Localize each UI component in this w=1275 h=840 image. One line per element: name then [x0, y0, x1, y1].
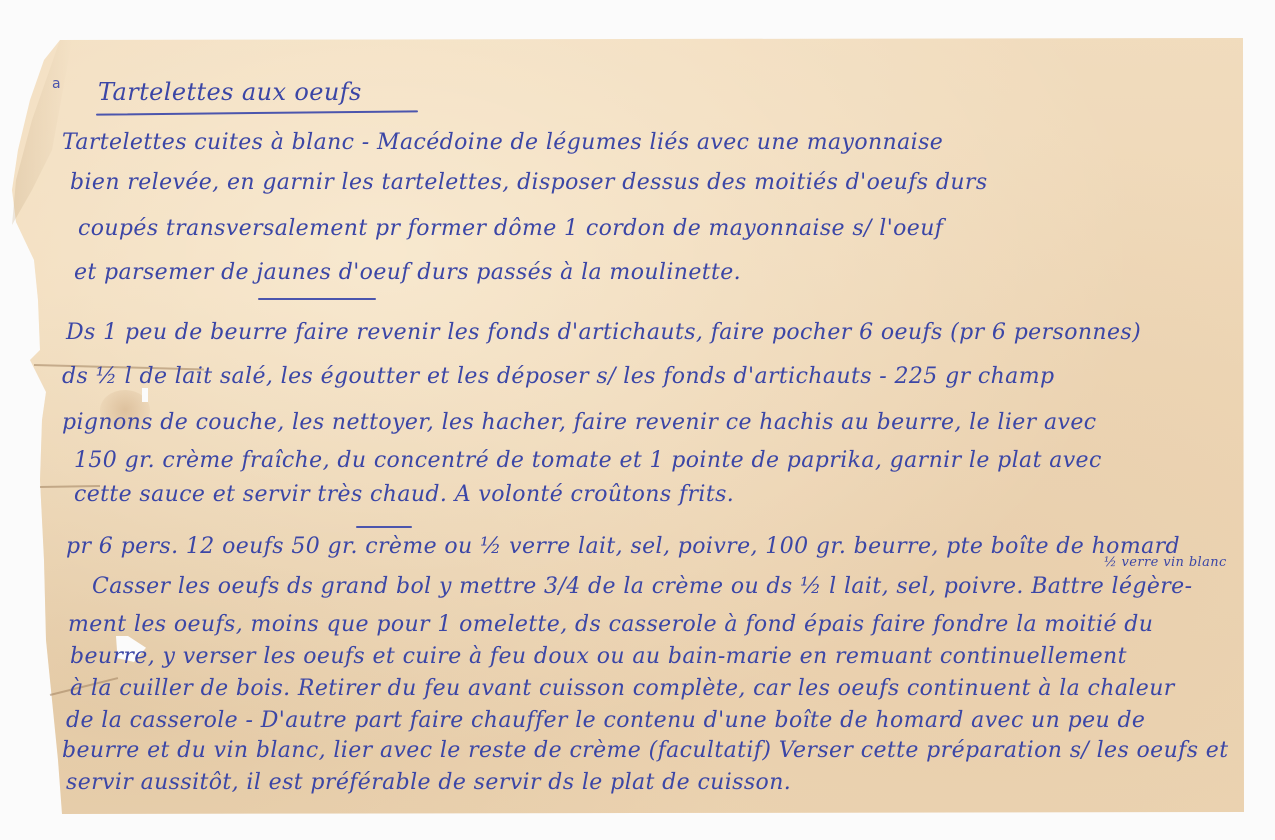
text-line: Ds 1 peu de beurre faire revenir les fon… — [66, 322, 1141, 344]
text-line: servir aussitôt, il est préférable de se… — [66, 772, 791, 794]
text-line: Tartelettes cuites à blanc - Macédoine d… — [62, 132, 943, 154]
text-line: et parsemer de jaunes d'oeuf durs passés… — [74, 262, 741, 284]
text-line: bien relevée, en garnir les tartelettes,… — [70, 172, 988, 194]
text-line: 150 gr. crème fraîche, du concentré de t… — [74, 450, 1102, 472]
ingredients-line: pr 6 pers. 12 oeufs 50 gr. crème ou ½ ve… — [66, 536, 1180, 558]
text-line: pignons de couche, les nettoyer, les hac… — [62, 412, 1096, 434]
recipe-title: Tartelettes aux oeufs — [98, 80, 362, 104]
text-line: de la casserole - D'autre part faire cha… — [66, 710, 1145, 732]
corner-mark: a — [52, 76, 61, 92]
text-line: ment les oeufs, moins que pour 1 omelett… — [68, 614, 1153, 636]
paper-hole — [142, 388, 148, 402]
scanned-page: a Tartelettes aux oeufs Tartelettes cuit… — [0, 0, 1275, 840]
text-line: beurre et du vin blanc, lier avec le res… — [62, 740, 1228, 762]
text-line: à la cuiller de bois. Retirer du feu ava… — [70, 678, 1175, 700]
text-line: Casser les oeufs ds grand bol y mettre 3… — [92, 576, 1192, 598]
text-line: ds ½ l de lait salé, les égoutter et les… — [62, 366, 1054, 388]
text-line: beurre, y verser les oeufs et cuire à fe… — [70, 646, 1127, 668]
ingredients-note: ½ verre vin blanc — [1104, 556, 1227, 569]
text-line: coupés transversalement pr former dôme 1… — [78, 218, 943, 240]
separator-stroke — [356, 526, 412, 528]
phrase-underline — [258, 298, 376, 300]
text-line: cette sauce et servir très chaud. A volo… — [74, 484, 734, 506]
